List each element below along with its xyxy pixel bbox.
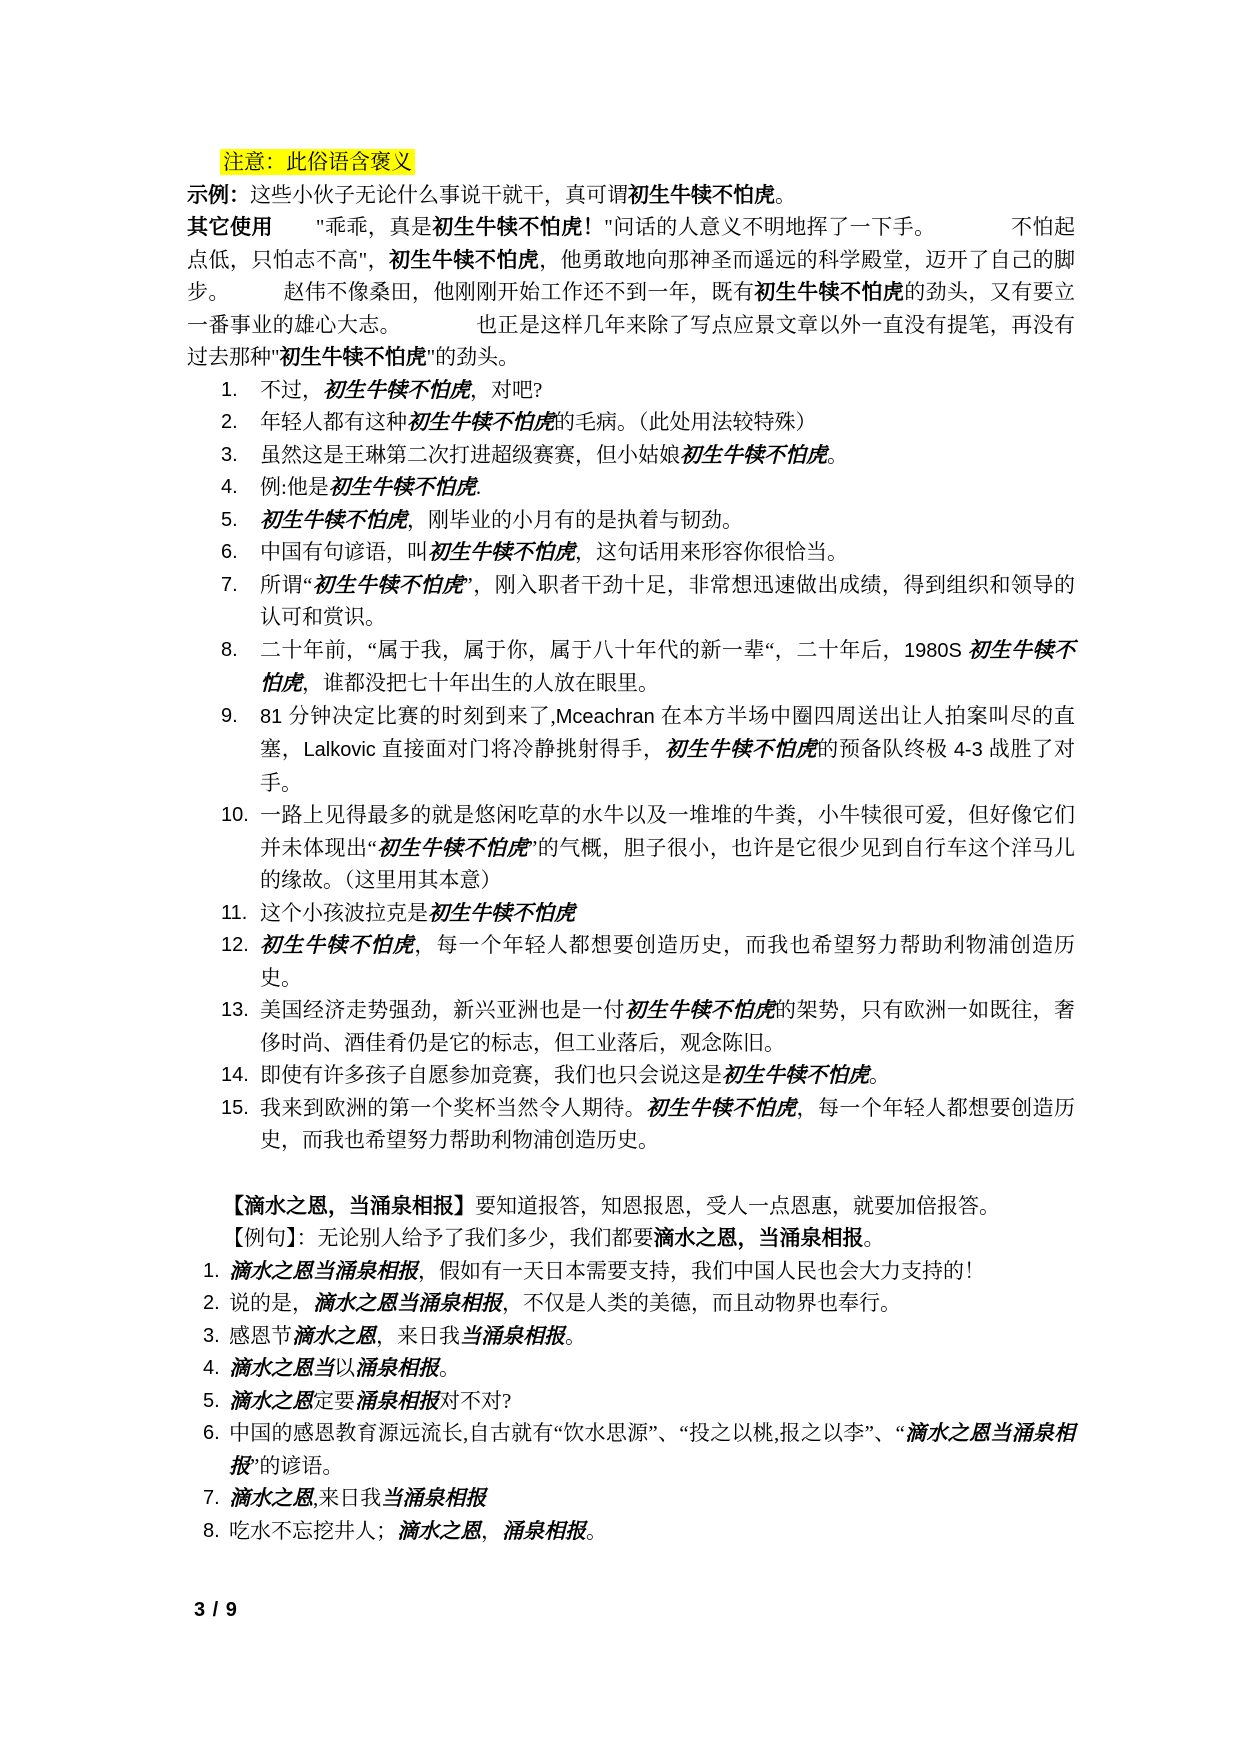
text-run: 初生牛犊不怕虎 <box>260 508 407 532</box>
text-run: 定要 <box>313 1389 355 1413</box>
text-run: 示例： <box>187 183 250 207</box>
text-run: ，这句话用来形容你很恰当。 <box>575 540 848 564</box>
text-run: 中国有句谚语，叫 <box>260 540 428 564</box>
paragraph: 示例：这些小伙子无论什么事说干就干，真可谓初生牛犊不怕虎。 <box>187 179 1075 212</box>
list-item: 1.滴水之恩当涌泉相报，假如有一天日本需要支持，我们中国人民也会大力支持的！ <box>187 1255 1075 1288</box>
list-item: 13.美国经济走势强劲，新兴亚洲也是一付初生牛犊不怕虎的架势，只有欧洲一如既往，… <box>187 994 1075 1059</box>
text-run: 分钟决定比赛的时刻到来了, <box>282 704 556 728</box>
text-run: Lalkovic <box>304 739 376 761</box>
text-run: 这个小孩波拉克是 <box>260 901 428 925</box>
list-item-number: 13. <box>221 994 249 1027</box>
list-item: 1.不过，初生牛犊不怕虎，对吧? <box>187 374 1075 407</box>
text-run: 涌泉相报 <box>502 1519 586 1543</box>
text-run: 。 <box>827 443 848 467</box>
text-run: ”的谚语。 <box>250 1454 343 1478</box>
text-run: 初生牛犊不怕虎 <box>377 836 528 860</box>
text-run: 。 <box>439 1356 460 1380</box>
text-run: 初生牛犊不怕虎 <box>428 540 575 564</box>
list-item-number: 1. <box>203 1255 220 1288</box>
list-item-number: 9. <box>221 700 238 733</box>
text-run: 。 <box>565 1324 586 1348</box>
document-content: 注意：此俗语含褒义 示例：这些小伙子无论什么事说干就干，真可谓初生牛犊不怕虎。其… <box>187 146 1075 1547</box>
text-run: 涌泉相报 <box>355 1389 439 1413</box>
text-run: 吃水不忘挖井人； <box>229 1519 397 1543</box>
list-item: 14.即使有许多孩子自愿参加竞赛，我们也只会说这是初生牛犊不怕虎。 <box>187 1059 1075 1092</box>
text-run: 初生牛犊不怕虎 <box>680 443 827 467</box>
list-item-number: 10. <box>221 799 249 832</box>
text-run: 初生牛犊不怕虎 <box>260 933 414 957</box>
text-run: ，不仅是人类的美德，而且动物界也奉行。 <box>502 1291 901 1315</box>
text-run: 即使有许多孩子自愿参加竞赛，我们也只会说这是 <box>260 1063 722 1087</box>
text-run: ,来日我 <box>313 1486 381 1510</box>
list-item-number: 4. <box>221 471 238 504</box>
sections: 示例：这些小伙子无论什么事说干就干，真可谓初生牛犊不怕虎。其它使用 "乖乖，真是… <box>187 179 1075 1548</box>
text-run: 81 <box>260 706 282 728</box>
list-item-number: 12. <box>221 929 249 962</box>
text-run: 1980S <box>904 640 968 662</box>
text-run: 滴水之恩 <box>397 1519 481 1543</box>
list-item-number: 11. <box>221 897 247 930</box>
text-run: 年轻人都有这种 <box>260 410 407 434</box>
list-item: 4.例:他是初生牛犊不怕虎. <box>187 471 1075 504</box>
list-item-number: 8. <box>203 1515 220 1548</box>
text-run: 滴水之恩当 <box>229 1356 334 1380</box>
text-run: 初生牛犊不怕虎 <box>323 378 470 402</box>
text-run: 初生牛犊不怕虎 <box>628 183 775 207</box>
list-item-number: 3. <box>221 439 238 472</box>
list-item-number: 4. <box>203 1352 220 1385</box>
text-run: 初生牛犊不怕虎 <box>280 345 427 369</box>
text-run: 初生牛犊不怕虎 <box>428 901 575 925</box>
list-item: 7.滴水之恩,来日我当涌泉相报 <box>187 1482 1075 1515</box>
list-item-number: 6. <box>221 536 238 569</box>
text-run: 中国的感恩教育源远流长,自古就有“饮水思源”、“投之以桃,报之以李”、“ <box>229 1421 905 1445</box>
text-run: 初生牛犊不怕虎 <box>407 410 554 434</box>
text-run: 初生牛犊不怕虎 <box>389 248 539 272</box>
text-run: 初生牛犊不怕虎 <box>722 1063 869 1087</box>
list-item-number: 1. <box>221 374 238 407</box>
list-item: 2.年轻人都有这种初生牛犊不怕虎的毛病。（此处用法较特殊） <box>187 406 1075 439</box>
list-item: 10.一路上见得最多的就是悠闲吃草的水牛以及一堆堆的牛粪，小牛犊很可爱，但好像它… <box>187 799 1075 897</box>
document-page: { "note": { "text": "注意：此俗语含褒义", "highli… <box>0 0 1241 1754</box>
text-run: 滴水之恩 <box>229 1389 313 1413</box>
list-item: 3.感恩节滴水之恩，来日我当涌泉相报。 <box>187 1320 1075 1353</box>
text-run: 滴水之恩 <box>292 1324 376 1348</box>
text-run: 滴水之恩当涌泉相报 <box>313 1291 502 1315</box>
list-item-number: 2. <box>203 1287 220 1320</box>
text-run: ，假如有一天日本需要支持，我们中国人民也会大力支持的！ <box>418 1259 985 1283</box>
list-item: 7.所谓“初生牛犊不怕虎”，刚入职者干劲十足，非常想迅速做出成绩，得到组织和领导… <box>187 569 1075 634</box>
text-run: 初生牛犊不怕虎 <box>625 998 775 1022</box>
text-run: "乖乖，真是 <box>273 215 432 239</box>
paragraph: 【滴水之恩，当涌泉相报】要知道报答，知恩报恩，受人一点恩惠，就要加倍报答。 <box>187 1190 1075 1223</box>
list-item-number: 7. <box>203 1482 220 1515</box>
text-run: 其它使用 <box>187 215 273 239</box>
text-run: . <box>476 475 481 499</box>
text-run: 虽然这是王琳第二次打进超级赛赛，但小姑娘 <box>260 443 680 467</box>
text-run: 美国经济走势强劲，新兴亚洲也是一付 <box>260 998 625 1022</box>
text-run: 我来到欧洲的第一个奖杯当然令人期待。 <box>260 1096 646 1120</box>
list-item: 6.中国的感恩教育源远流长,自古就有“饮水思源”、“投之以桃,报之以李”、“滴水… <box>187 1417 1075 1482</box>
list-item: 4.滴水之恩当以涌泉相报。 <box>187 1352 1075 1385</box>
text-run: 滴水之恩当涌泉相报 <box>229 1259 418 1283</box>
text-run: Mceachran <box>556 706 655 728</box>
list-item-number: 3. <box>203 1320 220 1353</box>
list-item: 12.初生牛犊不怕虎，每一个年轻人都想要创造历史，而我也希望努力帮助利物浦创造历… <box>187 929 1075 994</box>
text-run: ，对吧? <box>470 378 542 402</box>
text-run: 当涌泉相报 <box>460 1324 565 1348</box>
list-item: 2.说的是，滴水之恩当涌泉相报，不仅是人类的美德，而且动物界也奉行。 <box>187 1287 1075 1320</box>
note-line: 注意：此俗语含褒义 <box>187 146 1075 179</box>
text-run: ，来日我 <box>376 1324 460 1348</box>
highlighted-note: 注意：此俗语含褒义 <box>220 149 415 175</box>
text-run: 要知道报答，知恩报恩，受人一点恩惠，就要加倍报答。 <box>475 1194 1000 1218</box>
text-run: 滴水之恩，当涌泉相报 <box>654 1226 864 1250</box>
text-run: 直接面对门将冷静挑射得手， <box>376 737 665 761</box>
text-run: 4-3 <box>954 739 983 761</box>
text-run: 。 <box>586 1519 607 1543</box>
text-run: 这些小伙子无论什么事说干就干，真可谓 <box>250 183 628 207</box>
example-list: 1.不过，初生牛犊不怕虎，对吧?2.年轻人都有这种初生牛犊不怕虎的毛病。（此处用… <box>187 374 1075 1157</box>
list-item-number: 14. <box>221 1059 249 1092</box>
text-run: 初生牛犊不怕虎 <box>312 573 463 597</box>
list-item: 3.虽然这是王琳第二次打进超级赛赛，但小姑娘初生牛犊不怕虎。 <box>187 439 1075 472</box>
list-item: 11.这个小孩波拉克是初生牛犊不怕虎 <box>187 897 1075 930</box>
list-item-number: 5. <box>221 504 238 537</box>
list-item: 9.81 分钟决定比赛的时刻到来了,Mceachran 在本方半场中圈四周送出让… <box>187 700 1075 800</box>
text-run: 初生牛犊不怕虎 <box>646 1096 796 1120</box>
text-run: ，刚毕业的小月有的是执着与韧劲。 <box>407 508 743 532</box>
list-item-number: 15. <box>221 1092 249 1125</box>
text-run: 【例句】：无论别人给予了我们多少，我们都要 <box>223 1226 654 1250</box>
text-run: 不过， <box>260 378 323 402</box>
text-run: 初生牛犊不怕虎 <box>329 475 476 499</box>
text-run: 二十年前，“属于我，属于你，属于八十年代的新一辈“，二十年后， <box>260 638 904 662</box>
text-run: 感恩节 <box>229 1324 292 1348</box>
paragraph: 【例句】：无论别人给予了我们多少，我们都要滴水之恩，当涌泉相报。 <box>187 1222 1075 1255</box>
list-item: 8.吃水不忘挖井人；滴水之恩，涌泉相报。 <box>187 1515 1075 1548</box>
text-run: 。 <box>864 1226 885 1250</box>
list-item: 5.滴水之恩定要涌泉相报对不对? <box>187 1385 1075 1418</box>
text-run: 初生牛犊不怕虎 <box>665 737 817 761</box>
text-run: ，谁都没把七十年出生的人放在眼里。 <box>302 671 659 695</box>
text-run: 的预备队终极 <box>817 737 954 761</box>
section-dishui-zhien: 【滴水之恩，当涌泉相报】要知道报答，知恩报恩，受人一点恩惠，就要加倍报答。【例句… <box>187 1190 1075 1548</box>
text-run: 对不对? <box>439 1389 511 1413</box>
list-item: 5.初生牛犊不怕虎，刚毕业的小月有的是执着与韧劲。 <box>187 504 1075 537</box>
list-item-number: 5. <box>203 1385 220 1418</box>
text-run: 例:他是 <box>260 475 329 499</box>
list-item: 8.二十年前，“属于我，属于你，属于八十年代的新一辈“，二十年后，1980S 初… <box>187 634 1075 700</box>
list-item-number: 8. <box>221 634 238 667</box>
list-item-number: 7. <box>221 569 238 602</box>
list-item: 6.中国有句谚语，叫初生牛犊不怕虎，这句话用来形容你很恰当。 <box>187 536 1075 569</box>
list-item: 15.我来到欧洲的第一个奖杯当然令人期待。初生牛犊不怕虎，每一个年轻人都想要创造… <box>187 1092 1075 1157</box>
list-item-number: 6. <box>203 1417 220 1450</box>
page-number: 3 / 9 <box>194 1599 238 1622</box>
text-run: 所谓“ <box>260 573 312 597</box>
paragraph: 其它使用 "乖乖，真是初生牛犊不怕虎！"问话的人意义不明地挥了一下手。 不怕起点… <box>187 211 1075 374</box>
text-run: 当涌泉相报 <box>381 1486 486 1510</box>
text-run: "的劲头。 <box>427 345 520 369</box>
text-run: 滴水之恩 <box>229 1486 313 1510</box>
text-run: 初生牛犊不怕虎！ <box>432 215 604 239</box>
text-run: 以 <box>334 1356 355 1380</box>
text-run: 涌泉相报 <box>355 1356 439 1380</box>
text-run: 。 <box>775 183 796 207</box>
text-run: ， <box>481 1519 502 1543</box>
text-run: 初生牛犊不怕虎 <box>754 280 904 304</box>
text-run: 说的是， <box>229 1291 313 1315</box>
section-chusheng-niudu-bupahu: 示例：这些小伙子无论什么事说干就干，真可谓初生牛犊不怕虎。其它使用 "乖乖，真是… <box>187 179 1075 1157</box>
example-list: 1.滴水之恩当涌泉相报，假如有一天日本需要支持，我们中国人民也会大力支持的！2.… <box>187 1255 1075 1548</box>
text-run: 。 <box>869 1063 890 1087</box>
text-run: 的毛病。（此处用法较特殊） <box>554 410 817 434</box>
list-item-number: 2. <box>221 406 238 439</box>
text-run: 【滴水之恩，当涌泉相报】 <box>223 1194 475 1218</box>
